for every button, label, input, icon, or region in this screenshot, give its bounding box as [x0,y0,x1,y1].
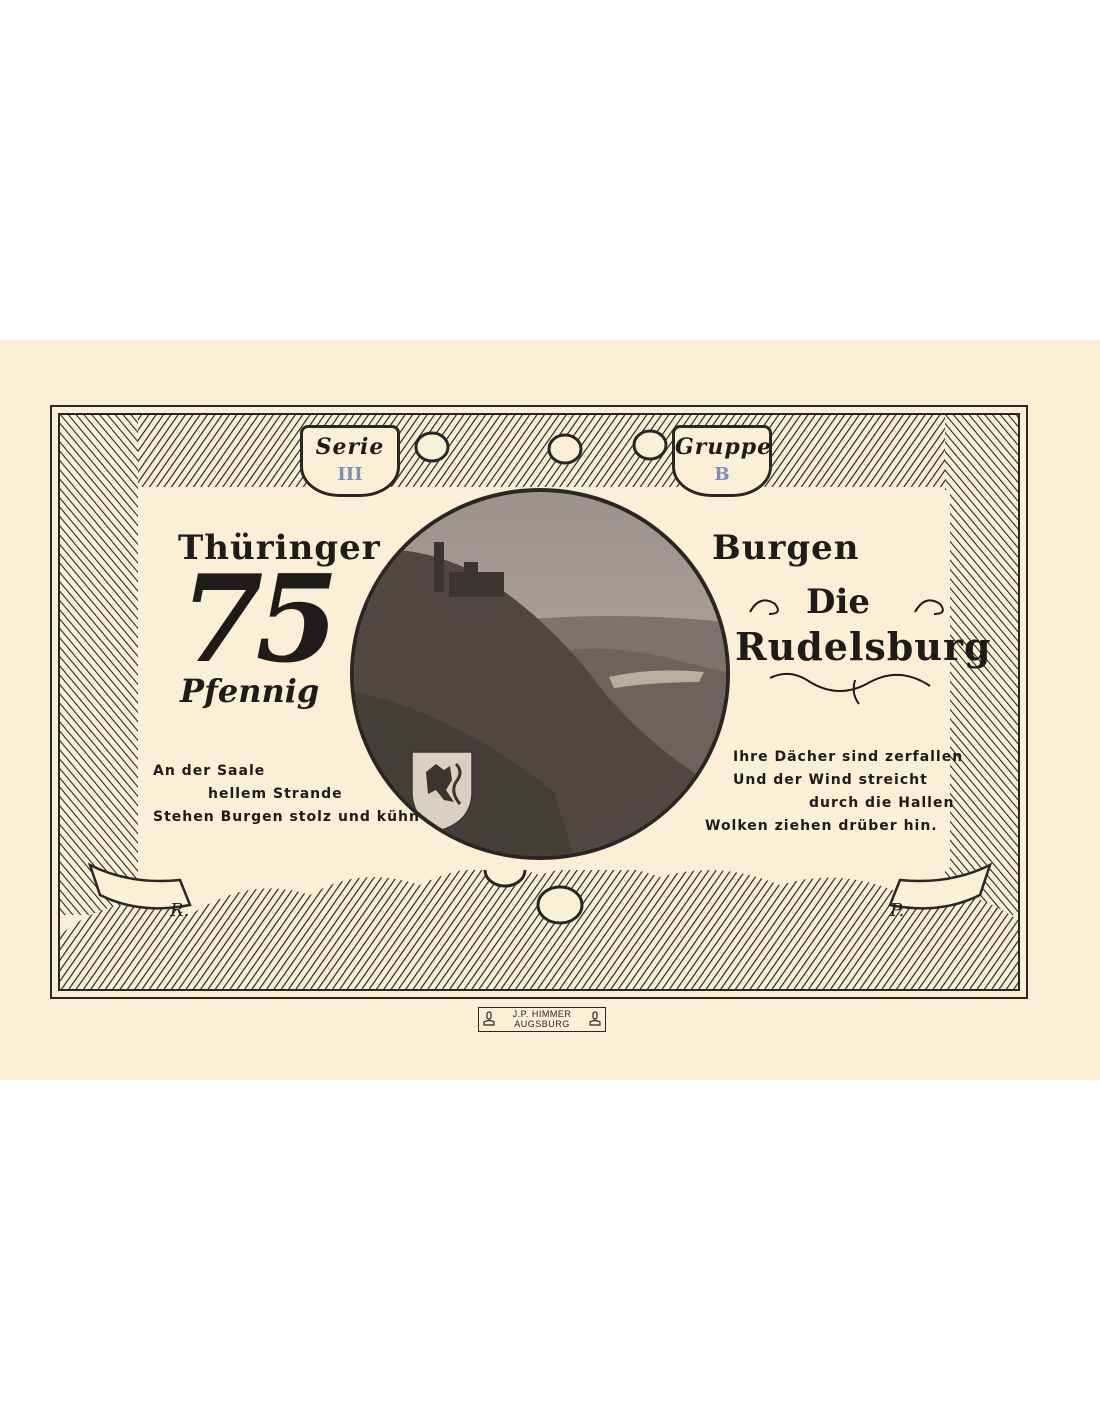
group-value: B [675,464,769,485]
ink-stamp-icon [483,1011,495,1027]
verse-right-line: Ihre Dächer sind zerfallen [733,746,963,769]
heading-right: Burgen [712,528,860,568]
printer-stamp: J.P. HIMMER AUGSBURG [478,1007,606,1032]
flourish-icon [760,668,950,708]
flourish-icon [745,592,945,622]
verse-right-line: Und der Wind streicht [733,769,963,792]
verse-right-line: Wolken ziehen drüber hin. [705,815,963,838]
verse-right: Ihre Dächer sind zerfallen Und der Wind … [733,746,963,838]
ink-stamp-icon [589,1011,601,1027]
denomination-unit: Pfennig [180,672,319,710]
series-value: III [303,464,397,485]
verse-left-line: hellem Strande [153,783,420,806]
engraver-signature-left: R. [170,900,189,921]
group-badge: Gruppe B [672,425,772,497]
printer-name: J.P. HIMMER [479,1009,605,1019]
verse-right-line: durch die Hallen [733,792,963,815]
engraver-signature-right: P. [890,900,904,921]
series-badge: Serie III [300,425,400,497]
castle-vignette [350,488,730,860]
series-label: Serie [303,434,397,460]
group-label: Gruppe [675,434,769,460]
denomination-value: 75 [180,560,331,680]
printer-city: AUGSBURG [479,1019,605,1029]
castle-landscape-icon [354,492,726,856]
verse-left-line: Stehen Burgen stolz und kühn [153,806,420,829]
title-line-2: Rudelsburg [735,624,992,669]
